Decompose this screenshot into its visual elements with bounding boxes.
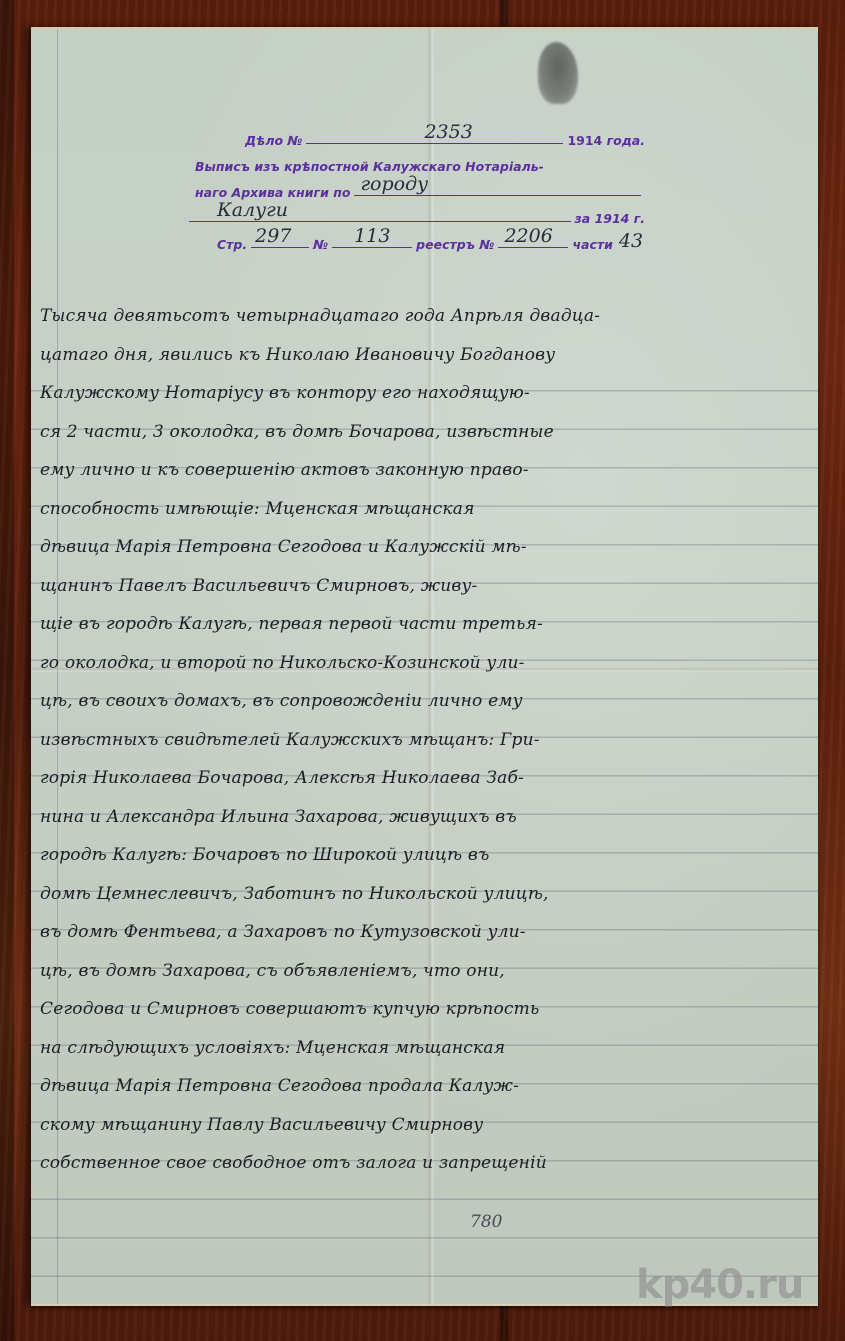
text-line: собственное свое свободное отъ залога и … — [40, 1144, 785, 1183]
text-line: нина и Александра Ильина Захарова, живущ… — [40, 798, 785, 837]
register-field: 2206 — [498, 229, 568, 248]
text-line: цѣ, въ своихъ домахъ, въ сопровожденіи л… — [40, 682, 785, 721]
text-line: скому мѣщанину Павлу Васильевичу Смирнов… — [40, 1106, 785, 1145]
text-line: горія Николаева Бочарова, Алексѣя Никола… — [40, 759, 785, 798]
case-number: 2353 — [424, 121, 472, 143]
text-line: городѣ Калугѣ: Бочаровъ по Широкой улицѣ… — [40, 836, 785, 875]
year: 1914 — [567, 133, 602, 148]
watermark: kp40.ru — [636, 1262, 803, 1308]
text-line: способность имѣющіе: Мценская мѣщанская — [40, 490, 785, 529]
text-line: домѣ Цемнеслевичъ, Заботинъ по Никольско… — [40, 875, 785, 914]
text-line: щіе въ городѣ Калугѣ, первая первой част… — [40, 605, 785, 644]
stamp-line-3: наго Архива книги по городу — [185, 174, 645, 200]
text-line: го околодка, и второй по Никольско-Козин… — [40, 644, 785, 683]
number: 113 — [354, 225, 390, 247]
page-number: 297 — [255, 225, 291, 247]
text-line: щанинъ Павелъ Васильевичъ Смирновъ, живу… — [40, 567, 785, 606]
case-label: Дѣло № — [245, 133, 302, 148]
stamp-line-2: Выписъ изъ крѣпостной Калужскаго Нотаріа… — [185, 148, 645, 174]
stamp-line-4: Калуги за 1914 г. — [185, 200, 645, 226]
year-label: года. — [607, 133, 645, 148]
no-label: № — [313, 237, 328, 252]
text-line: дѣвица Марія Петровна Сегодова и Калужск… — [40, 528, 785, 567]
stamp-case-row: Дѣло № 2353 1914 года. — [185, 122, 645, 148]
text-line: въ домѣ Фентьева, а Захаровъ по Кутузовс… — [40, 913, 785, 952]
text-line: на слѣдующихъ условіяхъ: Мценская мѣщанс… — [40, 1029, 785, 1068]
number-field: 113 — [332, 229, 412, 248]
text-line: извѣстныхъ свидѣтелей Калужскихъ мѣщанъ:… — [40, 721, 785, 760]
book-field: городу — [354, 177, 641, 196]
text-line: Тысяча девятьсотъ четырнадцатаго года Ап… — [40, 297, 785, 336]
register-number: 2206 — [504, 225, 552, 247]
city-field: Калуги — [189, 203, 571, 222]
stamp-year-text: за 1914 г. — [575, 211, 645, 226]
text-line: цѣ, въ домѣ Захарова, съ объявленіемъ, ч… — [40, 952, 785, 991]
register-label: реестръ № — [416, 237, 494, 252]
page-label: Стр. — [217, 237, 247, 252]
stamp-archive-text: наго Архива книги по — [195, 185, 350, 200]
text-line: Калужскому Нотаріусу въ контору его нахо… — [40, 374, 785, 413]
page-number-annotation: 780 — [470, 1212, 502, 1232]
text-line: ся 2 части, 3 околодка, въ домѣ Бочарова… — [40, 413, 785, 452]
part-label: части — [572, 237, 612, 252]
archive-stamp: Дѣло № 2353 1914 года. Выписъ изъ крѣпос… — [185, 122, 645, 252]
page-field: 297 — [251, 229, 309, 248]
stamp-extract-text: Выписъ изъ крѣпостной Калужскаго Нотаріа… — [195, 159, 544, 174]
stamp-line-5: Стр. 297 № 113 реестръ № 2206 части 43 — [185, 226, 645, 252]
text-line: ему лично и къ совершенію актовъ законну… — [40, 451, 785, 490]
text-line: цатаго дня, явились къ Николаю Ивановичу… — [40, 336, 785, 375]
book-handwritten: городу — [360, 173, 428, 195]
text-line: дѣвица Марія Петровна Сегодова продала К… — [40, 1067, 785, 1106]
handwritten-body: Тысяча девятьсотъ четырнадцатаго года Ап… — [40, 297, 785, 1183]
city-handwritten: Калуги — [217, 199, 288, 221]
case-number-field: 2353 — [306, 125, 563, 144]
text-line: Сегодова и Смирновъ совершаютъ купчую кр… — [40, 990, 785, 1029]
part-number: 43 — [619, 230, 643, 252]
